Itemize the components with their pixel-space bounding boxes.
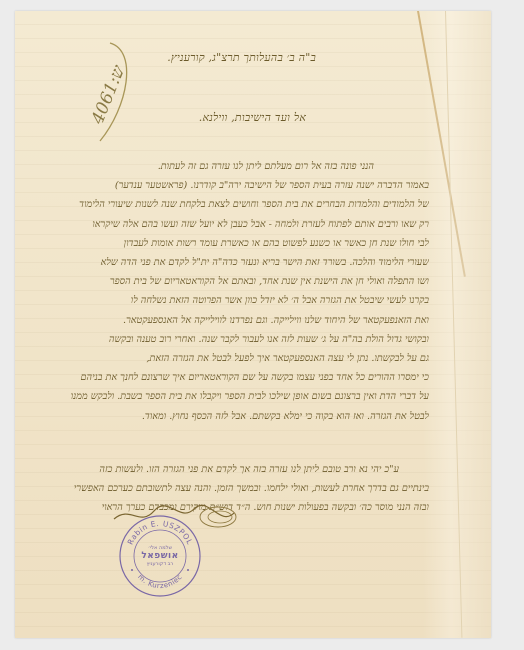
- fold-crease: [445, 11, 462, 638]
- letter-paper: ש:4061 ב"ה ב׳ בהעלותך תרצ"ג, קורעניץ. אל…: [15, 11, 491, 638]
- folded-flap: [423, 11, 491, 638]
- body-line: על דברי הדת ואין ברצונם בשום אופן שילכו …: [29, 387, 429, 406]
- body-line: ואת הזאנפעקטאר של היחוד שלנו ווילייקה. ו…: [29, 311, 429, 330]
- body-line: בקרנו לעשי שיבטל את הגזרה אבל ה׳ לא יזדל…: [29, 291, 429, 310]
- body-line: ובקושי גדול הולת בה"ה על ג׳ שעות לזה אנו…: [29, 330, 429, 349]
- body-line: גם על לבקשתו. נתן לי עצה האנספעקטאר איך …: [29, 349, 429, 368]
- catalog-mark: ש:4061: [70, 37, 140, 147]
- closing-line: ע"כ יהי נא ורב טובם ליתן לנו עזרה בזה אך…: [19, 460, 429, 479]
- letter-header-date-place: ב"ה ב׳ בהעלותך תרצ"ג, קורעניץ.: [167, 51, 316, 64]
- letter-salutation: אל ועד הישיבות, ווילנא.: [199, 111, 306, 124]
- body-line: שעורי הלימוד והלכה. בשורד זאת הישר בריא …: [29, 253, 429, 272]
- closing-line: בינתיים גם בדרך אחרת לעשות, ואולי ילחמו.…: [19, 479, 429, 498]
- rabbi-stamp: Rabin E. USZPOL m. Kurzeniec שלמה אלי׳ א…: [118, 514, 202, 598]
- letter-body: הנני פונה בזה אל רום מעלתם ליתן לנו עזרה…: [29, 157, 429, 426]
- body-line: לבי חולו שנת חן כאשר או כשנע לפשוט בהם א…: [29, 234, 429, 253]
- body-line: של הלמודים והלמדות הבחרים את בית הספר וח…: [29, 195, 429, 214]
- body-line: הנני פונה בזה אל רום מעלתם ליתן לנו עזרה…: [29, 157, 429, 176]
- body-line: רק שאו ורבים אותם לפתוח לעזרת ולמחה - אב…: [29, 215, 429, 234]
- body-line: כי ימסרו ההורים כל אחד בפני עצמו בקשה על…: [29, 368, 429, 387]
- stamp-inner-line-2: אושפאל: [141, 551, 178, 561]
- scan-background: ש:4061 ב"ה ב׳ בהעלותך תרצ"ג, קורעניץ. אל…: [0, 0, 524, 650]
- stamp-center: שלמה אלי׳ אושפאל רב דקורעניץ: [118, 514, 202, 598]
- body-line: לבטל את הגזרה. ואז הוא בקוה כי ימלא בקשת…: [29, 407, 429, 426]
- body-line: באמור הדברה ישנה עזרה בעית הספר של הישיב…: [29, 176, 429, 195]
- body-line: ושו התפלה ואולי חן את הישנת אין שנת אחד,…: [29, 272, 429, 291]
- stamp-inner-line-3: רב דקורעניץ: [147, 561, 174, 567]
